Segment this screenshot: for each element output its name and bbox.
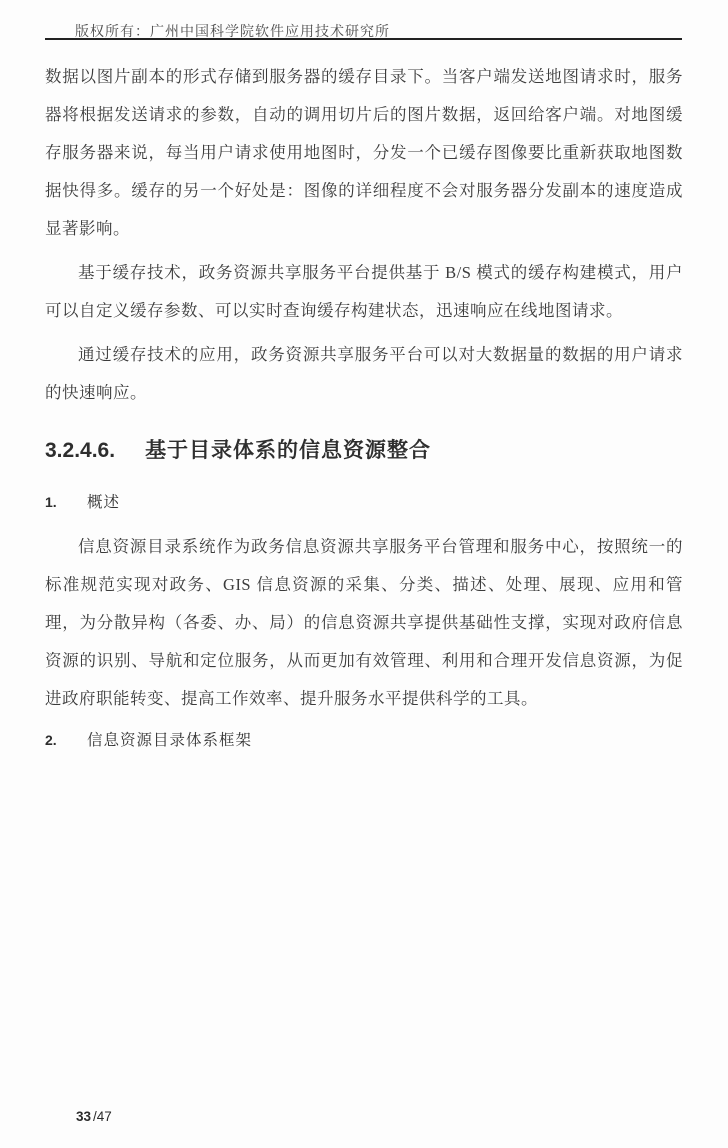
page-number-current: 33 — [76, 1109, 91, 1124]
paragraph-directory-overview: 信息资源目录系统作为政务信息资源共享服务平台管理和服务中心，按照统一的标准规范实… — [45, 528, 683, 718]
list-item-framework: 2. 信息资源目录体系框架 — [45, 728, 683, 750]
section-title: 基于目录体系的信息资源整合 — [145, 434, 431, 464]
list-item-overview: 1. 概述 — [45, 490, 683, 512]
paragraph-cache-storage: 数据以图片副本的形式存储到服务器的缓存目录下。当客户端发送地图请求时，服务器将根… — [45, 58, 683, 248]
section-heading: 3.2.4.6. 基于目录体系的信息资源整合 — [45, 434, 683, 464]
paragraph-cache-response: 通过缓存技术的应用，政务资源共享服务平台可以对大数据量的数据的用户请求的快速响应… — [45, 336, 683, 412]
section-number: 3.2.4.6. — [45, 439, 115, 463]
list-item-number: 1. — [45, 494, 87, 510]
list-item-label: 信息资源目录体系框架 — [87, 728, 252, 750]
page-body: 数据以图片副本的形式存储到服务器的缓存目录下。当客户端发送地图请求时，服务器将根… — [45, 58, 683, 766]
page-footer: 33/47 — [76, 1109, 112, 1124]
paragraph-cache-bs-mode: 基于缓存技术，政务资源共享服务平台提供基于 B/S 模式的缓存构建模式，用户可以… — [45, 254, 683, 330]
document-page: 版权所有：广州中国科学院软件应用技术研究所 数据以图片副本的形式存储到服务器的缓… — [0, 0, 728, 1148]
copyright-text: 版权所有：广州中国科学院软件应用技术研究所 — [45, 24, 682, 42]
page-header: 版权所有：广州中国科学院软件应用技术研究所 — [45, 24, 682, 46]
list-item-number: 2. — [45, 732, 87, 748]
list-item-label: 概述 — [87, 490, 120, 512]
page-number-total: /47 — [93, 1109, 112, 1124]
